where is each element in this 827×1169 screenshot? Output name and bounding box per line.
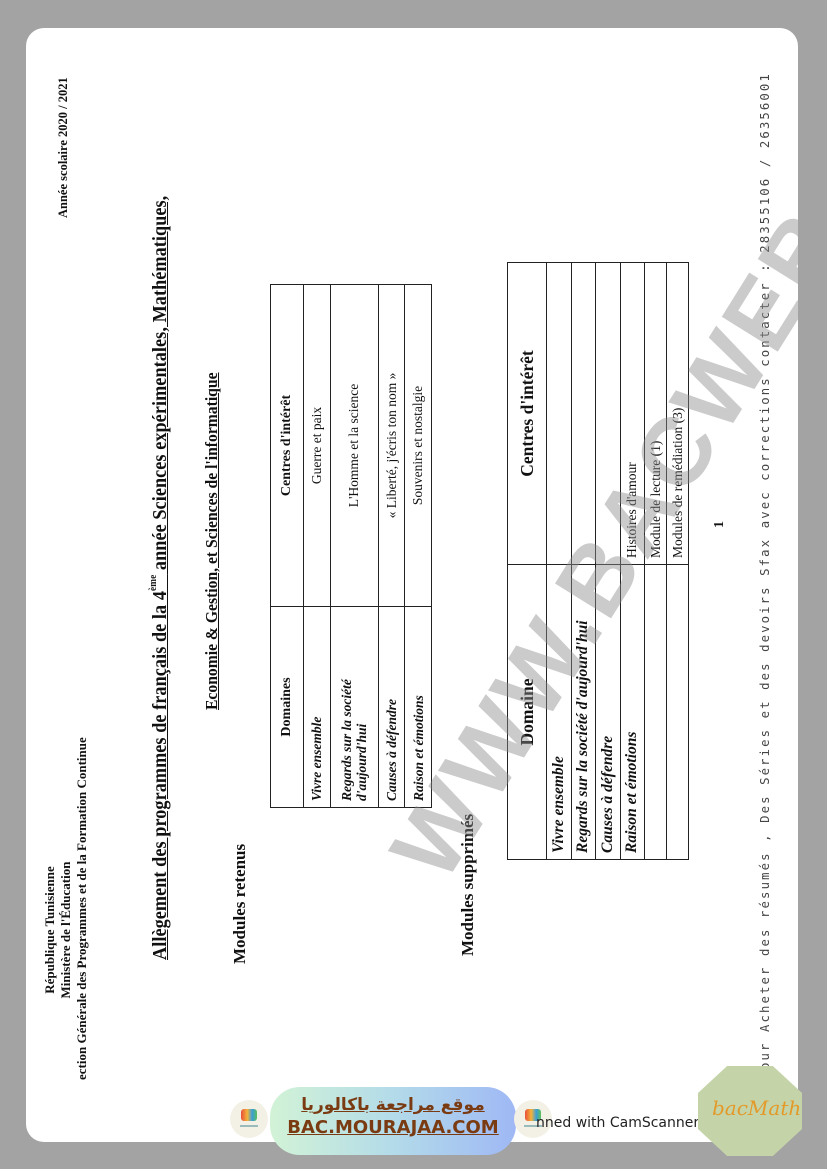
centre-cell: « Liberté, j'écris ton nom » bbox=[378, 285, 405, 607]
ministry-header: République Tunisienne Ministère de l'Édu… bbox=[42, 780, 90, 1080]
centre-cell bbox=[571, 263, 596, 565]
header-line-ministry: Ministère de l'Éducation bbox=[58, 780, 74, 1080]
column-header-domaine: Domaine bbox=[508, 565, 547, 860]
scanned-page: République Tunisienne Ministère de l'Édu… bbox=[26, 28, 798, 1142]
centre-cell bbox=[547, 263, 572, 565]
domain-cell: Regards sur la société d'aujourd'hui bbox=[330, 607, 378, 808]
page-number: 1 bbox=[712, 521, 728, 528]
table-row: Causes à défendre « Liberté, j'écris ton… bbox=[378, 285, 405, 808]
centre-cell bbox=[596, 263, 621, 565]
column-header-centres: Centres d'intérêt bbox=[271, 285, 304, 607]
centre-cell: Guerre et paix bbox=[304, 285, 331, 607]
title-superscript: ème bbox=[148, 575, 159, 591]
rotated-document: République Tunisienne Ministère de l'Édu… bbox=[30, 30, 798, 1140]
footer-contact-text: our Acheter des résumés , Des Séries et … bbox=[758, 72, 772, 1070]
domain-cell: Raison et émotions bbox=[620, 565, 645, 860]
page-subtitle: Economie & Gestion, et Sciences de l'inf… bbox=[202, 372, 222, 710]
mourajaa-banner[interactable]: موقع مراجعة باكالوريا BAC.MOURAJAA.COM bbox=[270, 1087, 516, 1155]
header-line-direction: ection Générale des Programmes et de la … bbox=[74, 780, 90, 1080]
table-row: Regards sur la société d'aujourd'hui L'H… bbox=[330, 285, 378, 808]
modules-retenus-table: Domaines Centres d'intérêt Vivre ensembl… bbox=[270, 284, 432, 808]
banner-arabic-text: موقع مراجعة باكالوريا bbox=[270, 1095, 516, 1115]
modules-supprimes-heading: Modules supprimés bbox=[458, 814, 478, 956]
banner-url-link[interactable]: BAC.MOURAJAA.COM bbox=[270, 1117, 516, 1138]
domain-cell: Regards sur la société d'aujourd'hui bbox=[571, 565, 596, 860]
modules-supprimes-table: Domaine Centres d'intérêt Vivre ensemble… bbox=[507, 262, 689, 860]
mourajaa-logo-icon bbox=[230, 1100, 268, 1138]
column-header-centres: Centres d'intérêt bbox=[508, 263, 547, 565]
modules-retenus-heading: Modules retenus bbox=[230, 844, 250, 964]
domain-cell: Vivre ensemble bbox=[547, 565, 572, 860]
column-header-domaines: Domaines bbox=[271, 607, 304, 808]
school-year: Année scolaire 2020 / 2021 bbox=[56, 77, 71, 218]
centre-cell: Modules de remédiation (3) bbox=[667, 263, 689, 565]
table-row: Raison et émotions Histoires d'amour bbox=[620, 263, 645, 860]
centre-cell: L'Homme et la science bbox=[330, 285, 378, 607]
domain-cell: Causes à défendre bbox=[378, 607, 405, 808]
camscanner-text: nned with CamScanner bbox=[536, 1115, 699, 1131]
table-header-row: Domaines Centres d'intérêt bbox=[271, 285, 304, 808]
table-row: Causes à défendre bbox=[596, 263, 621, 860]
title-part-2: année Sciences expérimentales, Mathémati… bbox=[150, 196, 171, 575]
table-row: Vivre ensemble bbox=[547, 263, 572, 860]
domain-cell: Vivre ensemble bbox=[304, 607, 331, 808]
page-title: Allègement des programmes de français de… bbox=[148, 196, 172, 960]
centre-cell: Module de lecture (1) bbox=[645, 263, 667, 565]
domain-cell: Raison et émotions bbox=[405, 607, 432, 808]
subtitle-text: Economie & Gestion, et Sciences de l'inf… bbox=[202, 372, 221, 710]
domain-cell bbox=[645, 565, 667, 860]
domain-cell bbox=[667, 565, 689, 860]
domain-cell: Causes à défendre bbox=[596, 565, 621, 860]
table-header-row: Domaine Centres d'intérêt bbox=[508, 263, 547, 860]
table-row: Regards sur la société d'aujourd'hui bbox=[571, 263, 596, 860]
centre-cell: Histoires d'amour bbox=[620, 263, 645, 565]
bacmath-badge: bacMath bbox=[698, 1066, 802, 1156]
bacmath-label: bacMath bbox=[712, 1096, 801, 1120]
centre-cell: Souvenirs et nostalgie bbox=[405, 285, 432, 607]
table-row: Vivre ensemble Guerre et paix bbox=[304, 285, 331, 808]
table-row: Raison et émotions Souvenirs et nostalgi… bbox=[405, 285, 432, 808]
table-row: Modules de remédiation (3) bbox=[667, 263, 689, 860]
title-part-1: Allègement des programmes de français de… bbox=[150, 591, 171, 960]
header-line-republic: République Tunisienne bbox=[42, 780, 58, 1080]
table-row: Module de lecture (1) bbox=[645, 263, 667, 860]
